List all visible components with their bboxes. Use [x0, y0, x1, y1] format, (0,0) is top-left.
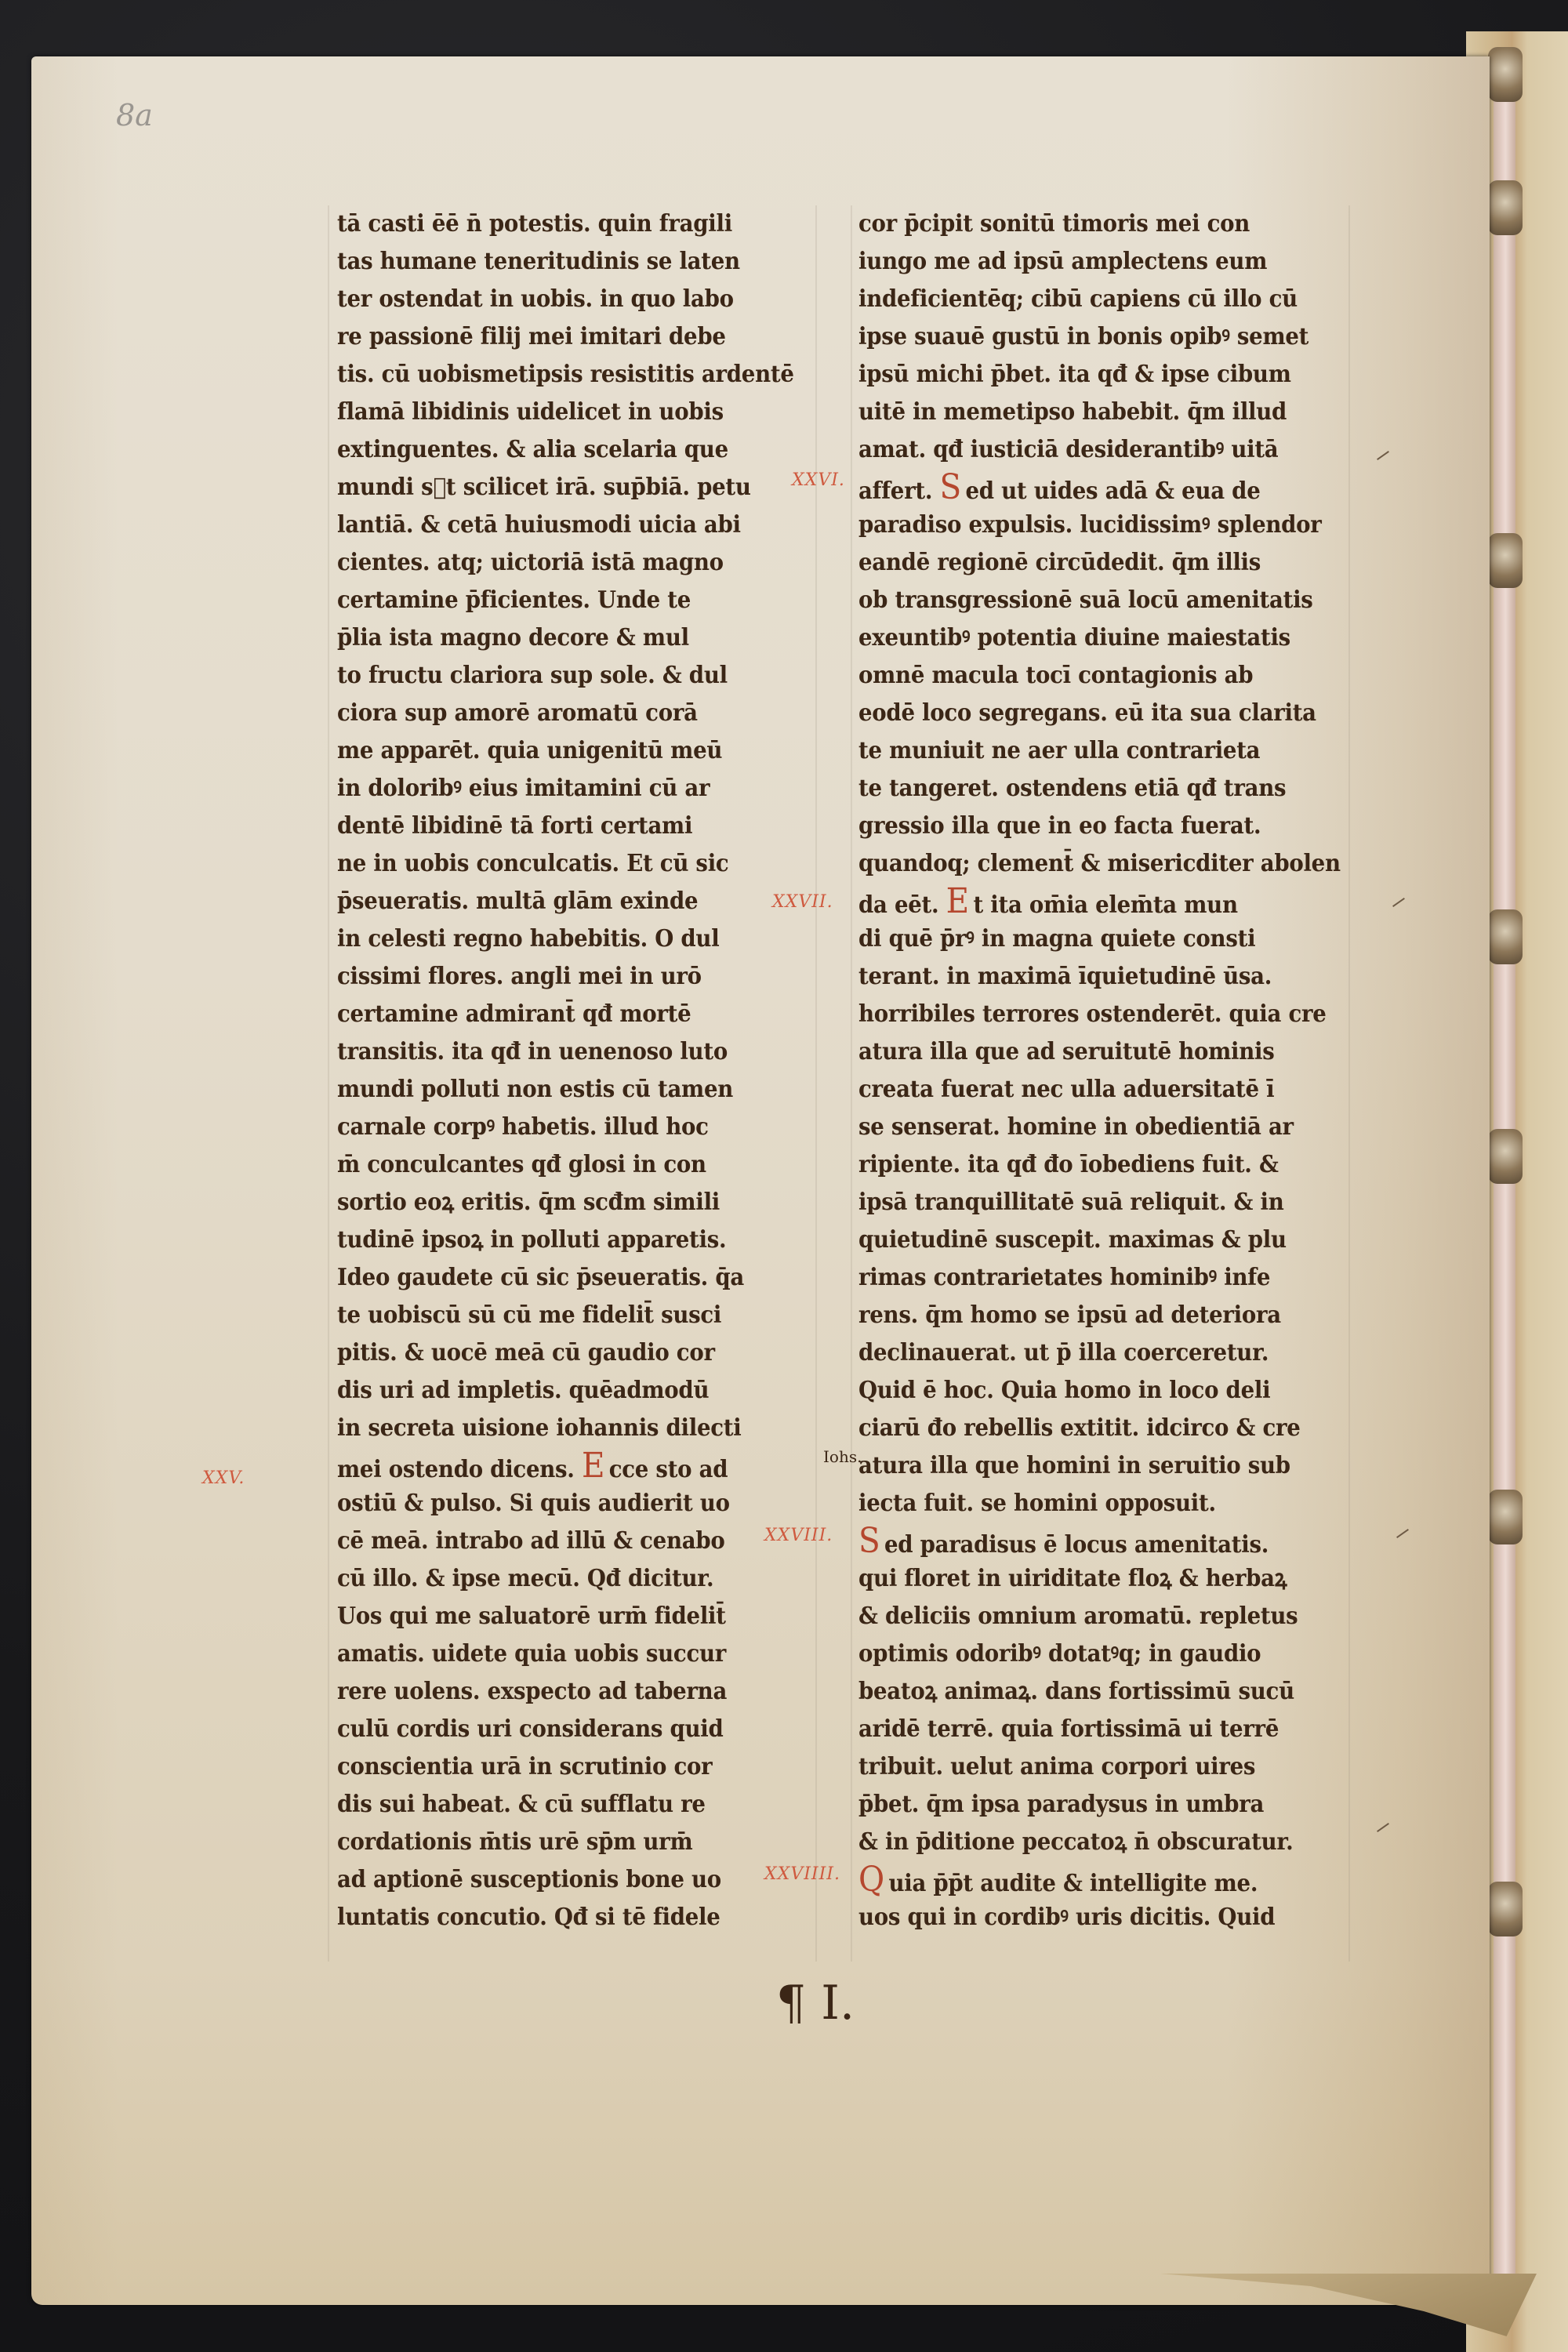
text-line: tudinē ipsoꝝ in polluti apparetis. [337, 1221, 777, 1259]
chapter-number-rubric: XXVII. [772, 892, 833, 912]
text-line: affert. Sed ut uides adā & eua de [858, 469, 1320, 506]
text-line: p̄bet. q̄m ipsa paradysus in umbra [858, 1786, 1320, 1824]
text-line: ad aptionē susceptionis bone uo [337, 1861, 777, 1899]
text-line: uos qui in cordibꝰ uris dicitis. Quid [858, 1899, 1320, 1936]
text-line: omnē macula tocī contagionis ab [858, 657, 1320, 695]
text-line: terant. in maximā īquietudinē ūsa. [858, 958, 1320, 996]
text-line: mei ostendo dicens. Ecce sto ad [337, 1447, 777, 1485]
text-line: p̄seueratis. multā glām exinde [337, 883, 777, 920]
text-line: cē meā. intrabo ad illū & cenabo [337, 1523, 777, 1560]
text-line: extinguentes. & alia scelaria que [337, 431, 777, 469]
chapter-number-rubric: XXVIIII. [764, 1864, 840, 1884]
text-line: flamā libidinis uidelicet in uobis [337, 394, 777, 431]
text-line: iungo me ad ipsū amplectens eum [858, 243, 1320, 281]
chapter-number-rubric: XXVIII. [764, 1526, 833, 1545]
text-line: se senserat. homine in obedientiā ar [858, 1109, 1320, 1146]
text-line: exeuntibꝰ potentia diuine maiestatis [858, 619, 1320, 657]
text-line: Sed paradisus ē locus amenitatis. [858, 1523, 1320, 1560]
text-line: quandoq; clement̄ & misericditer abolen [858, 845, 1320, 883]
text-line: eandē regionē circūdedit. q̄m illis [858, 544, 1320, 582]
rubricated-initial: E [582, 1446, 604, 1486]
text-line: Uos qui me saluatorē urm̄ fidelit̄ [337, 1598, 777, 1635]
sewing-station [1488, 1129, 1523, 1184]
text-line: indeficientēq; cibū capiens cū illo cū [858, 281, 1320, 318]
sewing-station [1488, 1490, 1523, 1544]
text-line: horribiles terrores ostenderēt. quia cre [858, 996, 1320, 1033]
text-line: atura illa que homini in seruitio sub [858, 1447, 1320, 1485]
text-line: cissimi flores. angli mei in urō [337, 958, 777, 996]
text-line: certamine admirant̄ qđ mortē [337, 996, 777, 1033]
text-run: da eēt. [858, 891, 946, 919]
rubricated-initial: Q [858, 1860, 884, 1900]
text-column-right: cor p̄cipit sonitū timoris mei coniungo … [858, 205, 1360, 1936]
text-line: amat. qđ iusticiā desiderantibꝰ uitā [858, 431, 1320, 469]
text-line: me apparēt. quia unigenitū meū [337, 732, 777, 770]
text-line: tas humane teneritudinis se laten [337, 243, 777, 281]
text-line: iecta fuit. se homini opposuit. [858, 1485, 1320, 1523]
text-line: & deliciis omnium aromatū. repletus [858, 1598, 1320, 1635]
text-line: carnale corpꝰ habetis. illud hoc [337, 1109, 777, 1146]
text-line: te uobiscū sū cū me fidelit̄ susci [337, 1297, 777, 1334]
text-run: ed ut uides adā & eua de [965, 477, 1260, 505]
text-line: Quia p̄p̄t audite & intelligite me. [858, 1861, 1320, 1899]
text-line: ter ostendat in uobis. in quo labo [337, 281, 777, 318]
text-line: to fructu clariora sup sole. & dul [337, 657, 777, 695]
text-run: t ita om̄ia elem̄ta mun [973, 891, 1237, 919]
sewing-station [1488, 533, 1523, 588]
text-run: cce sto ad [609, 1456, 728, 1483]
text-line: & in p̄ditione peccatoꝝ n̄ obscuratur. [858, 1824, 1320, 1861]
text-line: rimas contrarietates hominibꝰ infe [858, 1259, 1320, 1297]
text-line: m̄ conculcantes qđ glosi in con [337, 1146, 777, 1184]
text-line: transitis. ita qđ in uenenoso luto [337, 1033, 777, 1071]
rubricated-initial: S [940, 467, 961, 507]
text-line: dis sui habeat. & cū sufflatu re [337, 1786, 777, 1824]
text-column-left: tā casti ēē n̄ potestis. quin fragilitas… [337, 205, 815, 1936]
text-line: conscientia urā in scrutinio cor [337, 1748, 777, 1786]
text-line: ostiū & pulso. Si quis audierit uo [337, 1485, 777, 1523]
text-line: te muniuit ne aer ulla contrarieta [858, 732, 1320, 770]
text-line: Ideo gaudete cū sic p̄seueratis. q̄a [337, 1259, 777, 1297]
text-line: optimis odoribꝰ dotatꝰq; in gaudio [858, 1635, 1320, 1673]
text-line: qui floret in uiriditate floꝝ & herbaꝝ [858, 1560, 1320, 1598]
text-run: uia p̄p̄t audite & intelligite me. [888, 1870, 1258, 1897]
text-line: gressio illa que in eo facta fuerat. [858, 808, 1320, 845]
text-line: luntatis concutio. Qđ si tē fidele [337, 1899, 777, 1936]
text-line: quietudinē suscepit. maximas & plu [858, 1221, 1320, 1259]
text-line: tā casti ēē n̄ potestis. quin fragili [337, 205, 777, 243]
text-line: cordationis m̄tis urē sp̄m urm̄ [337, 1824, 777, 1861]
text-line: ripiente. ita qđ đo īobediens fuit. & [858, 1146, 1320, 1184]
text-line: in doloribꝰ eius imitamini cū ar [337, 770, 777, 808]
text-line: aridē terrē. quia fortissimā ui terrē [858, 1711, 1320, 1748]
text-line: ciora sup amorē aromatū corā [337, 695, 777, 732]
text-line: dentē libidinē tā forti certami [337, 808, 777, 845]
text-line: tribuit. uelut anima corpori uires [858, 1748, 1320, 1786]
text-line: eodē loco segregans. eū ita sua clarita [858, 695, 1320, 732]
text-line: creata fuerat nec ulla aduersitatē ī [858, 1071, 1320, 1109]
rubricated-initial: E [946, 881, 969, 921]
marginal-source-note: Iohs. [823, 1447, 862, 1466]
text-line: atura illa que ad seruitutē hominis [858, 1033, 1320, 1071]
text-line: cor p̄cipit sonitū timoris mei con [858, 205, 1320, 243]
text-line: in celesti regno habebitis. O dul [337, 920, 777, 958]
text-line: lantiā. & cetā huiusmodi uicia abi [337, 506, 777, 544]
ruling-line [328, 205, 329, 1962]
ruling-line [815, 205, 817, 1962]
text-line: ob transgressionē suā locū amenitatis [858, 582, 1320, 619]
text-line: sortio eoꝝ eritis. q̄m scđm simili [337, 1184, 777, 1221]
text-line: certamine p̄ficientes. Unde te [337, 582, 777, 619]
sewing-station [1488, 47, 1523, 102]
sewing-station [1488, 1882, 1523, 1936]
text-line: declinauerat. ut p̄ illa coerceretur. [858, 1334, 1320, 1372]
text-line: beatoꝝ animaꝝ. dans fortissimū sucū [858, 1673, 1320, 1711]
text-line: mundi polluti non estis cū tamen [337, 1071, 777, 1109]
text-line: cū illo. & ipse mecū. Qđ dicitur. [337, 1560, 777, 1598]
text-line: da eēt. Et ita om̄ia elem̄ta mun [858, 883, 1320, 920]
sewing-station [1488, 909, 1523, 964]
sewing-thread [1494, 47, 1515, 2321]
text-line: p̄lia ista magno decore & mul [337, 619, 777, 657]
text-line: ne in uobis conculcatis. Et cū sic [337, 845, 777, 883]
text-run: mei ostendo dicens. [337, 1456, 582, 1483]
text-line: re passionē filij mei imitari debe [337, 318, 777, 356]
text-line: rens. q̄m homo se ipsū ad deteriora [858, 1297, 1320, 1334]
text-line: ciarū đo rebellis extitit. idcirco & cre [858, 1410, 1320, 1447]
chapter-number-rubric: XXVI. [792, 470, 845, 490]
text-line: Quid ē hoc. Quia homo in loco deli [858, 1372, 1320, 1410]
text-line: in secreta uisione iohannis dilecti [337, 1410, 777, 1447]
quire-signature-mark: ¶ I. [776, 1976, 855, 2031]
text-line: uitē in memetipso habebit. q̄m illud [858, 394, 1320, 431]
text-line: dis uri ad impletis. quēadmodū [337, 1372, 777, 1410]
text-line: di quē p̄rꝰ in magna quiete consti [858, 920, 1320, 958]
folio-number: 8a [116, 98, 153, 132]
text-line: rere uolens. exspecto ad taberna [337, 1673, 777, 1711]
text-run: ed paradisus ē locus amenitatis. [884, 1531, 1269, 1559]
text-run: affert. [858, 477, 940, 505]
text-line: ipsā tranquillitatē suā reliquit. & in [858, 1184, 1320, 1221]
ruling-line [851, 205, 852, 1962]
text-line: ipse suauē gustū in bonis opibꝰ semet [858, 318, 1320, 356]
text-line: pitis. & uocē meā cū gaudio cor [337, 1334, 777, 1372]
text-line: te tangeret. ostendens etiā qđ trans [858, 770, 1320, 808]
text-line: tis. cū uobismetipsis resistitis ardentē [337, 356, 777, 394]
chapter-number-rubric: XXV. [202, 1468, 245, 1488]
rubricated-initial: S [858, 1521, 880, 1561]
text-line: ipsū michi p̄bet. ita qđ & ipse cibum [858, 356, 1320, 394]
text-line: cientes. atq; uictoriā istā magno [337, 544, 777, 582]
sewing-station [1488, 180, 1523, 235]
text-line: mundi sᷓt scilicet irā. sup̄biā. petu [337, 469, 777, 506]
text-line: paradiso expulsis. lucidissimꝰ splendor [858, 506, 1320, 544]
text-line: amatis. uidete quia uobis succur [337, 1635, 777, 1673]
text-line: culū cordis uri considerans quid [337, 1711, 777, 1748]
